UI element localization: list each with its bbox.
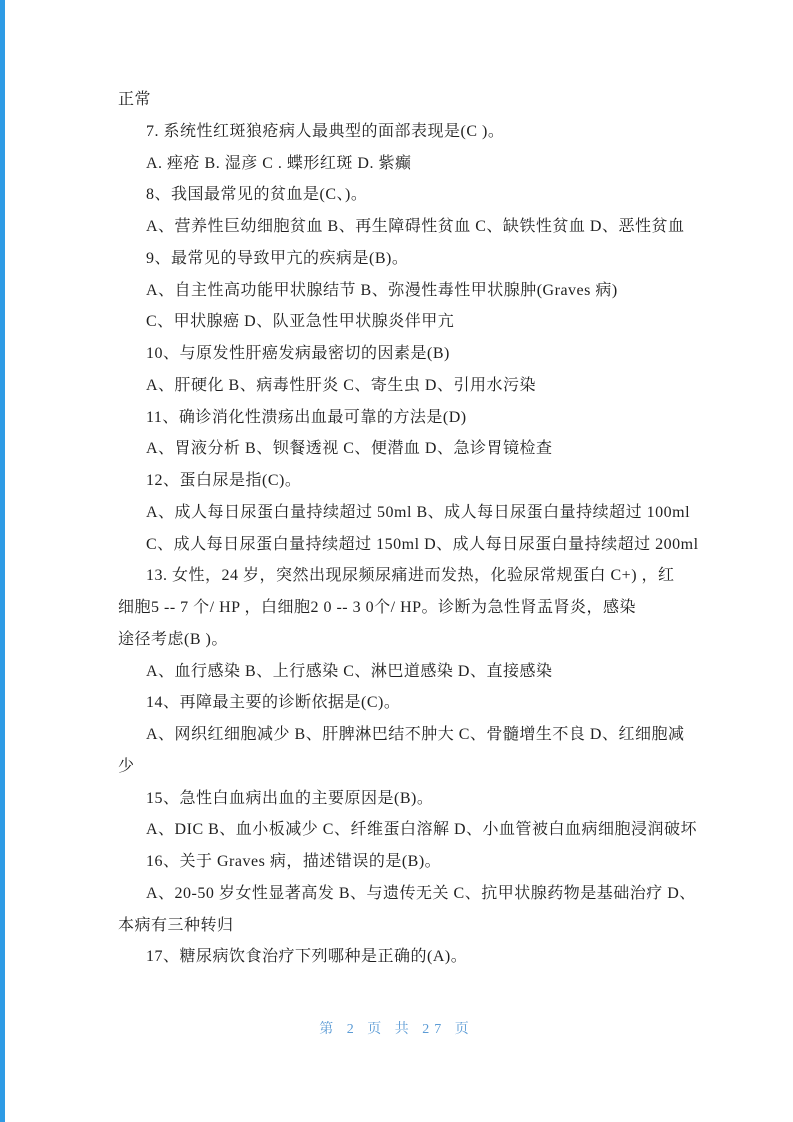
text-line: A. 痤疮 B. 湿彦 C . 蝶形红斑 D. 紫癫: [118, 148, 693, 180]
text-line: A、自主性高功能甲状腺结节 B、弥漫性毒性甲状腺肿(Graves 病): [118, 275, 693, 307]
text-line: A、20-50 岁女性显著高发 B、与遗传无关 C、抗甲状腺药物是基础治疗 D、: [118, 878, 693, 910]
text-line: A、胃液分析 B、钡餐透视 C、便潜血 D、急诊胃镜检查: [118, 433, 693, 465]
document-page: 正常7. 系统性红斑狼疮病人最典型的面部表现是(C )。A. 痤疮 B. 湿彦 …: [0, 0, 793, 1122]
text-line: 9、最常见的导致甲亢的疾病是(B)。: [118, 243, 693, 275]
text-line: 细胞5 -- 7 个/ HP ，白细胞2 0 -- 3 0个/ HP。诊断为急性…: [118, 592, 693, 624]
text-line: 14、再障最主要的诊断依据是(C)。: [118, 687, 693, 719]
text-line: 途径考虑(B )。: [118, 624, 693, 656]
text-line: 17、糖尿病饮食治疗下列哪种是正确的(A)。: [118, 941, 693, 973]
text-line: 10、与原发性肝癌发病最密切的因素是(B): [118, 338, 693, 370]
text-line: A、网织红细胞减少 B、肝脾淋巴结不肿大 C、骨髓增生不良 D、红细胞减: [118, 719, 693, 751]
text-line: A、肝硬化 B、病毒性肝炎 C、寄生虫 D、引用水污染: [118, 370, 693, 402]
text-line: C、成人每日尿蛋白量持续超过 150ml D、成人每日尿蛋白量持续超过 200m…: [118, 529, 693, 561]
text-line: 16、关于 Graves 病，描述错误的是(B)。: [118, 846, 693, 878]
question-lines: 正常7. 系统性红斑狼疮病人最典型的面部表现是(C )。A. 痤疮 B. 湿彦 …: [118, 84, 693, 973]
text-line: 13. 女性，24 岁，突然出现尿频尿痛进而发热，化验尿常规蛋白 C+) ，红: [118, 560, 693, 592]
text-line: 7. 系统性红斑狼疮病人最典型的面部表现是(C )。: [118, 116, 693, 148]
text-line: A、血行感染 B、上行感染 C、淋巴道感染 D、直接感染: [118, 656, 693, 688]
text-line: 12、蛋白尿是指(C)。: [118, 465, 693, 497]
document-body: 正常7. 系统性红斑狼疮病人最典型的面部表现是(C )。A. 痤疮 B. 湿彦 …: [118, 84, 693, 973]
text-line: 8、我国最常见的贫血是(C、)。: [118, 179, 693, 211]
text-line: A、成人每日尿蛋白量持续超过 50ml B、成人每日尿蛋白量持续超过 100ml: [118, 497, 693, 529]
text-line: A、营养性巨幼细胞贫血 B、再生障碍性贫血 C、缺铁性贫血 D、恶性贫血: [118, 211, 693, 243]
text-line: C、甲状腺癌 D、队亚急性甲状腺炎伴甲亢: [118, 306, 693, 338]
text-line: A、DIC B、血小板减少 C、纤维蛋白溶解 D、小血管被白血病细胞浸润破坏: [118, 814, 693, 846]
left-edge-accent-bar: [0, 0, 5, 1122]
text-line: 11、确诊消化性溃疡出血最可靠的方法是(D): [118, 402, 693, 434]
text-line: 正常: [118, 84, 693, 116]
text-line: 本病有三种转归: [118, 910, 693, 942]
page-indicator: 第 2 页 共 27 页: [319, 1022, 474, 1037]
page-footer: 第 2 页 共 27 页: [0, 1020, 793, 1040]
text-line: 少: [118, 751, 693, 783]
text-line: 15、急性白血病出血的主要原因是(B)。: [118, 783, 693, 815]
